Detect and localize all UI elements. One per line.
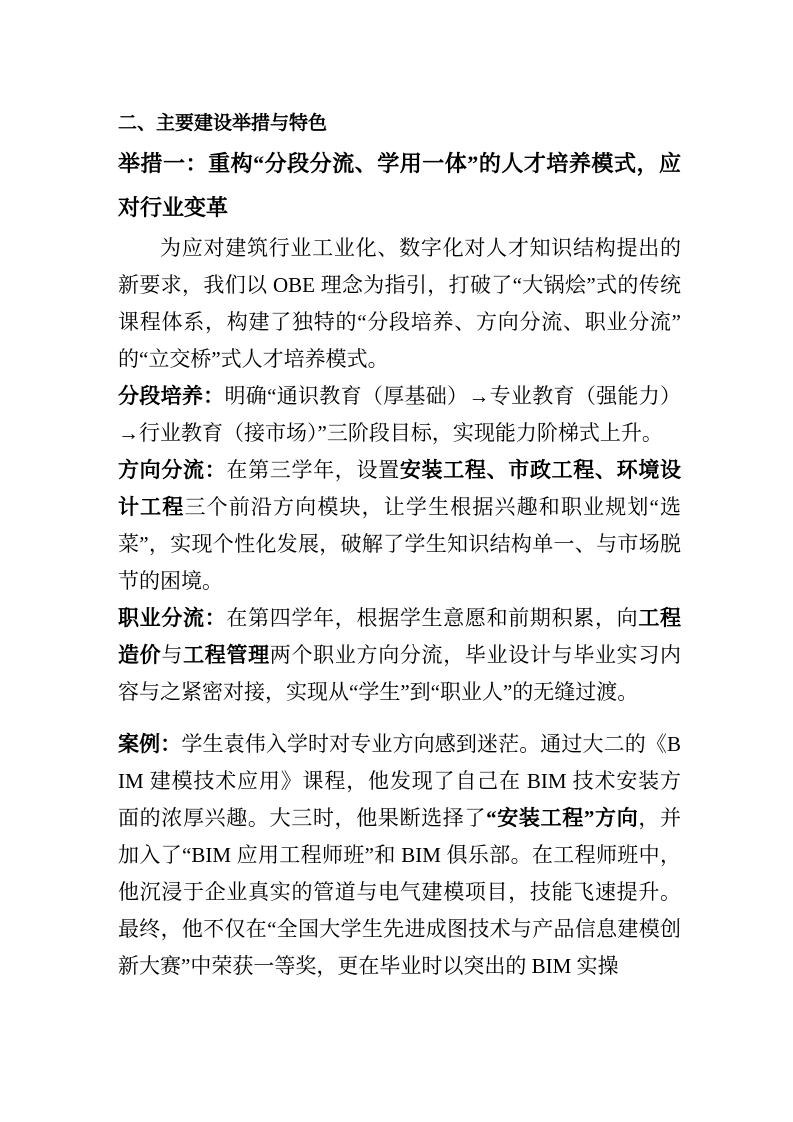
text-run: 在第四学年，根据学生意愿和前期积累，向 [226,606,638,630]
text-run: 案例： [118,732,181,756]
text-run: 方向分流： [118,458,226,482]
text-run: 分段培养： [118,384,224,408]
para-career-split: 职业分流：在第四学年，根据学生意愿和前期积累，向工程造价与工程管理两个职业方向分… [118,600,681,711]
para-staged-training: 分段培养：明确“通识教育（厚基础）→专业教育（强能力）→行业教育（接市场）”三阶… [118,378,681,452]
text-run: ，并加入了“BIM 应用工程师班”和 BIM 俱乐部。在工程师班中，他沉浸于企业… [118,806,681,978]
text-run: 为应对建筑行业工业化、数字化对人才知识结构提出的新要求，我们以 OBE 理念为指… [118,236,681,371]
para-intro: 为应对建筑行业工业化、数字化对人才知识结构提出的新要求，我们以 OBE 理念为指… [118,230,681,378]
measure-heading: 举措一：重构“分段分流、学用一体”的人才培养模式，应对行业变革 [118,142,681,230]
para-case-study: 案例：学生袁伟入学时对专业方向感到迷茫。通过大二的《BIM 建模技术应用》课程，… [118,726,681,985]
text-run: 在第三学年，设置 [226,458,399,482]
section-heading: 二、主要建设举措与特色 [118,106,681,142]
para-direction-split: 方向分流：在第三学年，设置安装工程、市政工程、环境设计工程三个前沿方向模块，让学… [118,452,681,600]
text-run: 工程管理 [183,643,270,667]
document-page: 二、主要建设举措与特色 举措一：重构“分段分流、学用一体”的人才培养模式，应对行… [0,0,793,1122]
text-run: 与 [161,643,183,667]
text-run: 三个前沿方向模块，让学生根据兴趣和职业规划“选菜”，实现个性化发展，破解了学生知… [118,495,681,593]
text-run: 职业分流： [118,606,226,630]
text-run: “安装工程”方向 [486,806,638,830]
